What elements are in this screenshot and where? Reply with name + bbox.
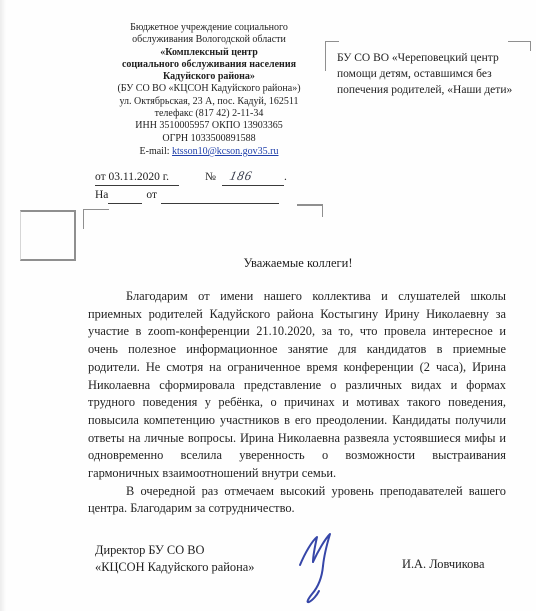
recipient-line: попечения родителей, «Наши дети» (337, 82, 533, 98)
handwritten-outgoing-number: 186 (220, 168, 254, 183)
recipient-line: помощи детям, оставшимся без (337, 66, 533, 82)
letterhead-org-name-line: социального обслуживания населения (58, 59, 360, 71)
blank-line (108, 188, 142, 204)
outgoing-ref-line: от 03.11.2020 г.№186. (95, 168, 315, 186)
blank-line (161, 188, 279, 204)
handwritten-signature-icon (292, 531, 354, 611)
signatory-position: Директор БУ СО ВО «КЦСОН Кадуйского райо… (95, 542, 254, 576)
field-corner-mark (297, 204, 323, 217)
letterhead-email-line: E-mail: ktsson10@kcson.gov35.ru (58, 146, 360, 158)
outgoing-date: от 03.11.2020 г. (95, 170, 179, 186)
reply-to-label-na: На (95, 189, 108, 201)
reply-to-label-ot: от (142, 189, 161, 201)
letterhead-org-name-line: «Комплексный центр (58, 47, 360, 59)
recipient-block: БУ СО ВО «Череповецкий центр помощи детя… (337, 50, 533, 98)
outgoing-number-blank: 186 (222, 168, 284, 186)
email-address: ktsson10@kcson.gov35.ru (172, 146, 278, 157)
letter-body: Благодарим от имени нашего коллектива и … (88, 288, 506, 518)
number-sign: № (205, 171, 216, 183)
letterhead-short-name: (БУ СО ВО «КЦСОН Кадуйского района») (58, 83, 360, 95)
letterhead-org-name-line: Кадуйского района» (58, 71, 360, 83)
body-paragraph-2: В очередной раз отмечаем высокий уровень… (88, 483, 506, 518)
signatory-name: И.А. Ловчикова (402, 557, 485, 572)
letterhead-org-type-line: обслуживания Вологодской области (58, 34, 360, 46)
letterhead-ogrn: ОГРН 1033500891588 (58, 133, 360, 145)
number-suffix: . (284, 171, 287, 183)
body-paragraph-1: Благодарим от имени нашего коллектива и … (88, 288, 506, 483)
letterhead-org-type-line: Бюджетное учреждение социального (58, 22, 360, 34)
scan-edge-shadow (0, 0, 6, 611)
incoming-ref-line: На от (95, 188, 315, 204)
letterhead-inn-okpo: ИНН 3510005957 ОКПО 13903365 (58, 120, 360, 132)
greeting-line: Уважаемые коллеги! (88, 256, 508, 271)
stamp-placeholder-box (20, 210, 76, 261)
signatory-position-line: Директор БУ СО ВО (95, 542, 254, 559)
reference-block: от 03.11.2020 г.№186. На от (95, 168, 315, 204)
letterhead-address: ул. Октябрьская, 23 А, пос. Кадуй, 16251… (58, 96, 360, 108)
signatory-position-line: «КЦСОН Кадуйского района» (95, 559, 254, 576)
email-label: E-mail: (140, 146, 173, 157)
letterhead: Бюджетное учреждение социального обслужи… (58, 22, 360, 158)
letterhead-phone: телефакс (817 42) 2-11-34 (58, 108, 360, 120)
field-corner-mark (83, 209, 109, 229)
recipient-line: БУ СО ВО «Череповецкий центр (337, 50, 533, 66)
